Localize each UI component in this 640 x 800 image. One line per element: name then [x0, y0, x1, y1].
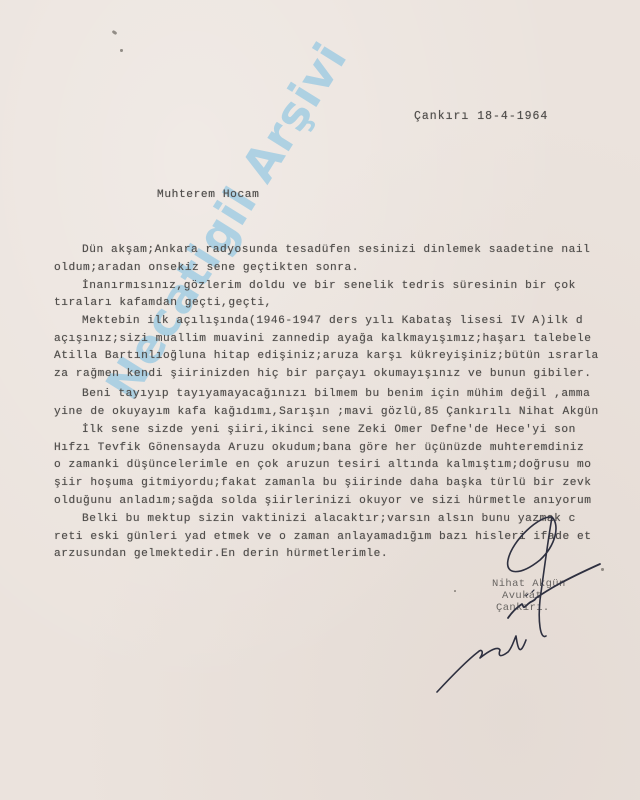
letter-paper: Necatigil Arşivi Çankırı 18-4-1964 Muhte…	[0, 0, 640, 800]
body-line: İlk sene sizde yeni şiiri,ikinci sene Ze…	[82, 425, 576, 436]
body-line: arzusundan gelmektedir.En derin hürmetle…	[54, 549, 388, 560]
body-line: Mektebin ilk açılışında(1946-1947 ders y…	[82, 316, 583, 327]
letter-body: Dün akşam;Ankara radyosunda tesadüfen se…	[0, 0, 640, 800]
signer-title: Avukat	[502, 590, 542, 602]
signer-city: Çankırı.	[496, 602, 550, 614]
body-line: Dün akşam;Ankara radyosunda tesadüfen se…	[82, 245, 590, 256]
body-line: reti eski günleri yad etmek ve o zaman a…	[54, 532, 592, 543]
body-line: za rağmen kendi şiirinizden hiç bir parç…	[54, 369, 592, 380]
body-line: Belki bu mektup sizin vaktinizi alacaktı…	[82, 514, 576, 525]
body-line: İnanırmısınız,gözlerim doldu ve bir sene…	[82, 281, 576, 292]
body-line: oldum;aradan onsekiz sene geçtikten sonr…	[54, 263, 359, 274]
body-line: şiir hoşuma gitmiyordu;fakat zamanla bu …	[54, 478, 592, 489]
body-line: Hıfzı Tevfik Gönensayda Aruzu okudum;ban…	[54, 443, 584, 454]
body-line: yine de okuyayım kafa kağıdımı,Sarışın ;…	[54, 407, 599, 418]
signer-name: Nihat Akgün	[492, 578, 566, 590]
body-line: Atilla Bartınlıoğluna hitap edişiniz;aru…	[54, 351, 599, 362]
body-line: tıraları kafamdan geçti,geçti,	[54, 298, 272, 309]
body-line: olduğunu anladım;sağda solda şiirleriniz…	[54, 496, 592, 507]
body-line: Beni tayıyıp tayıyamayacağınızı bilmem b…	[82, 389, 590, 400]
body-line: açışınız;sizi muallim muavini zannedip a…	[54, 334, 592, 345]
body-line: o zamanki düşüncelerimle en çok aruzun t…	[54, 460, 592, 471]
